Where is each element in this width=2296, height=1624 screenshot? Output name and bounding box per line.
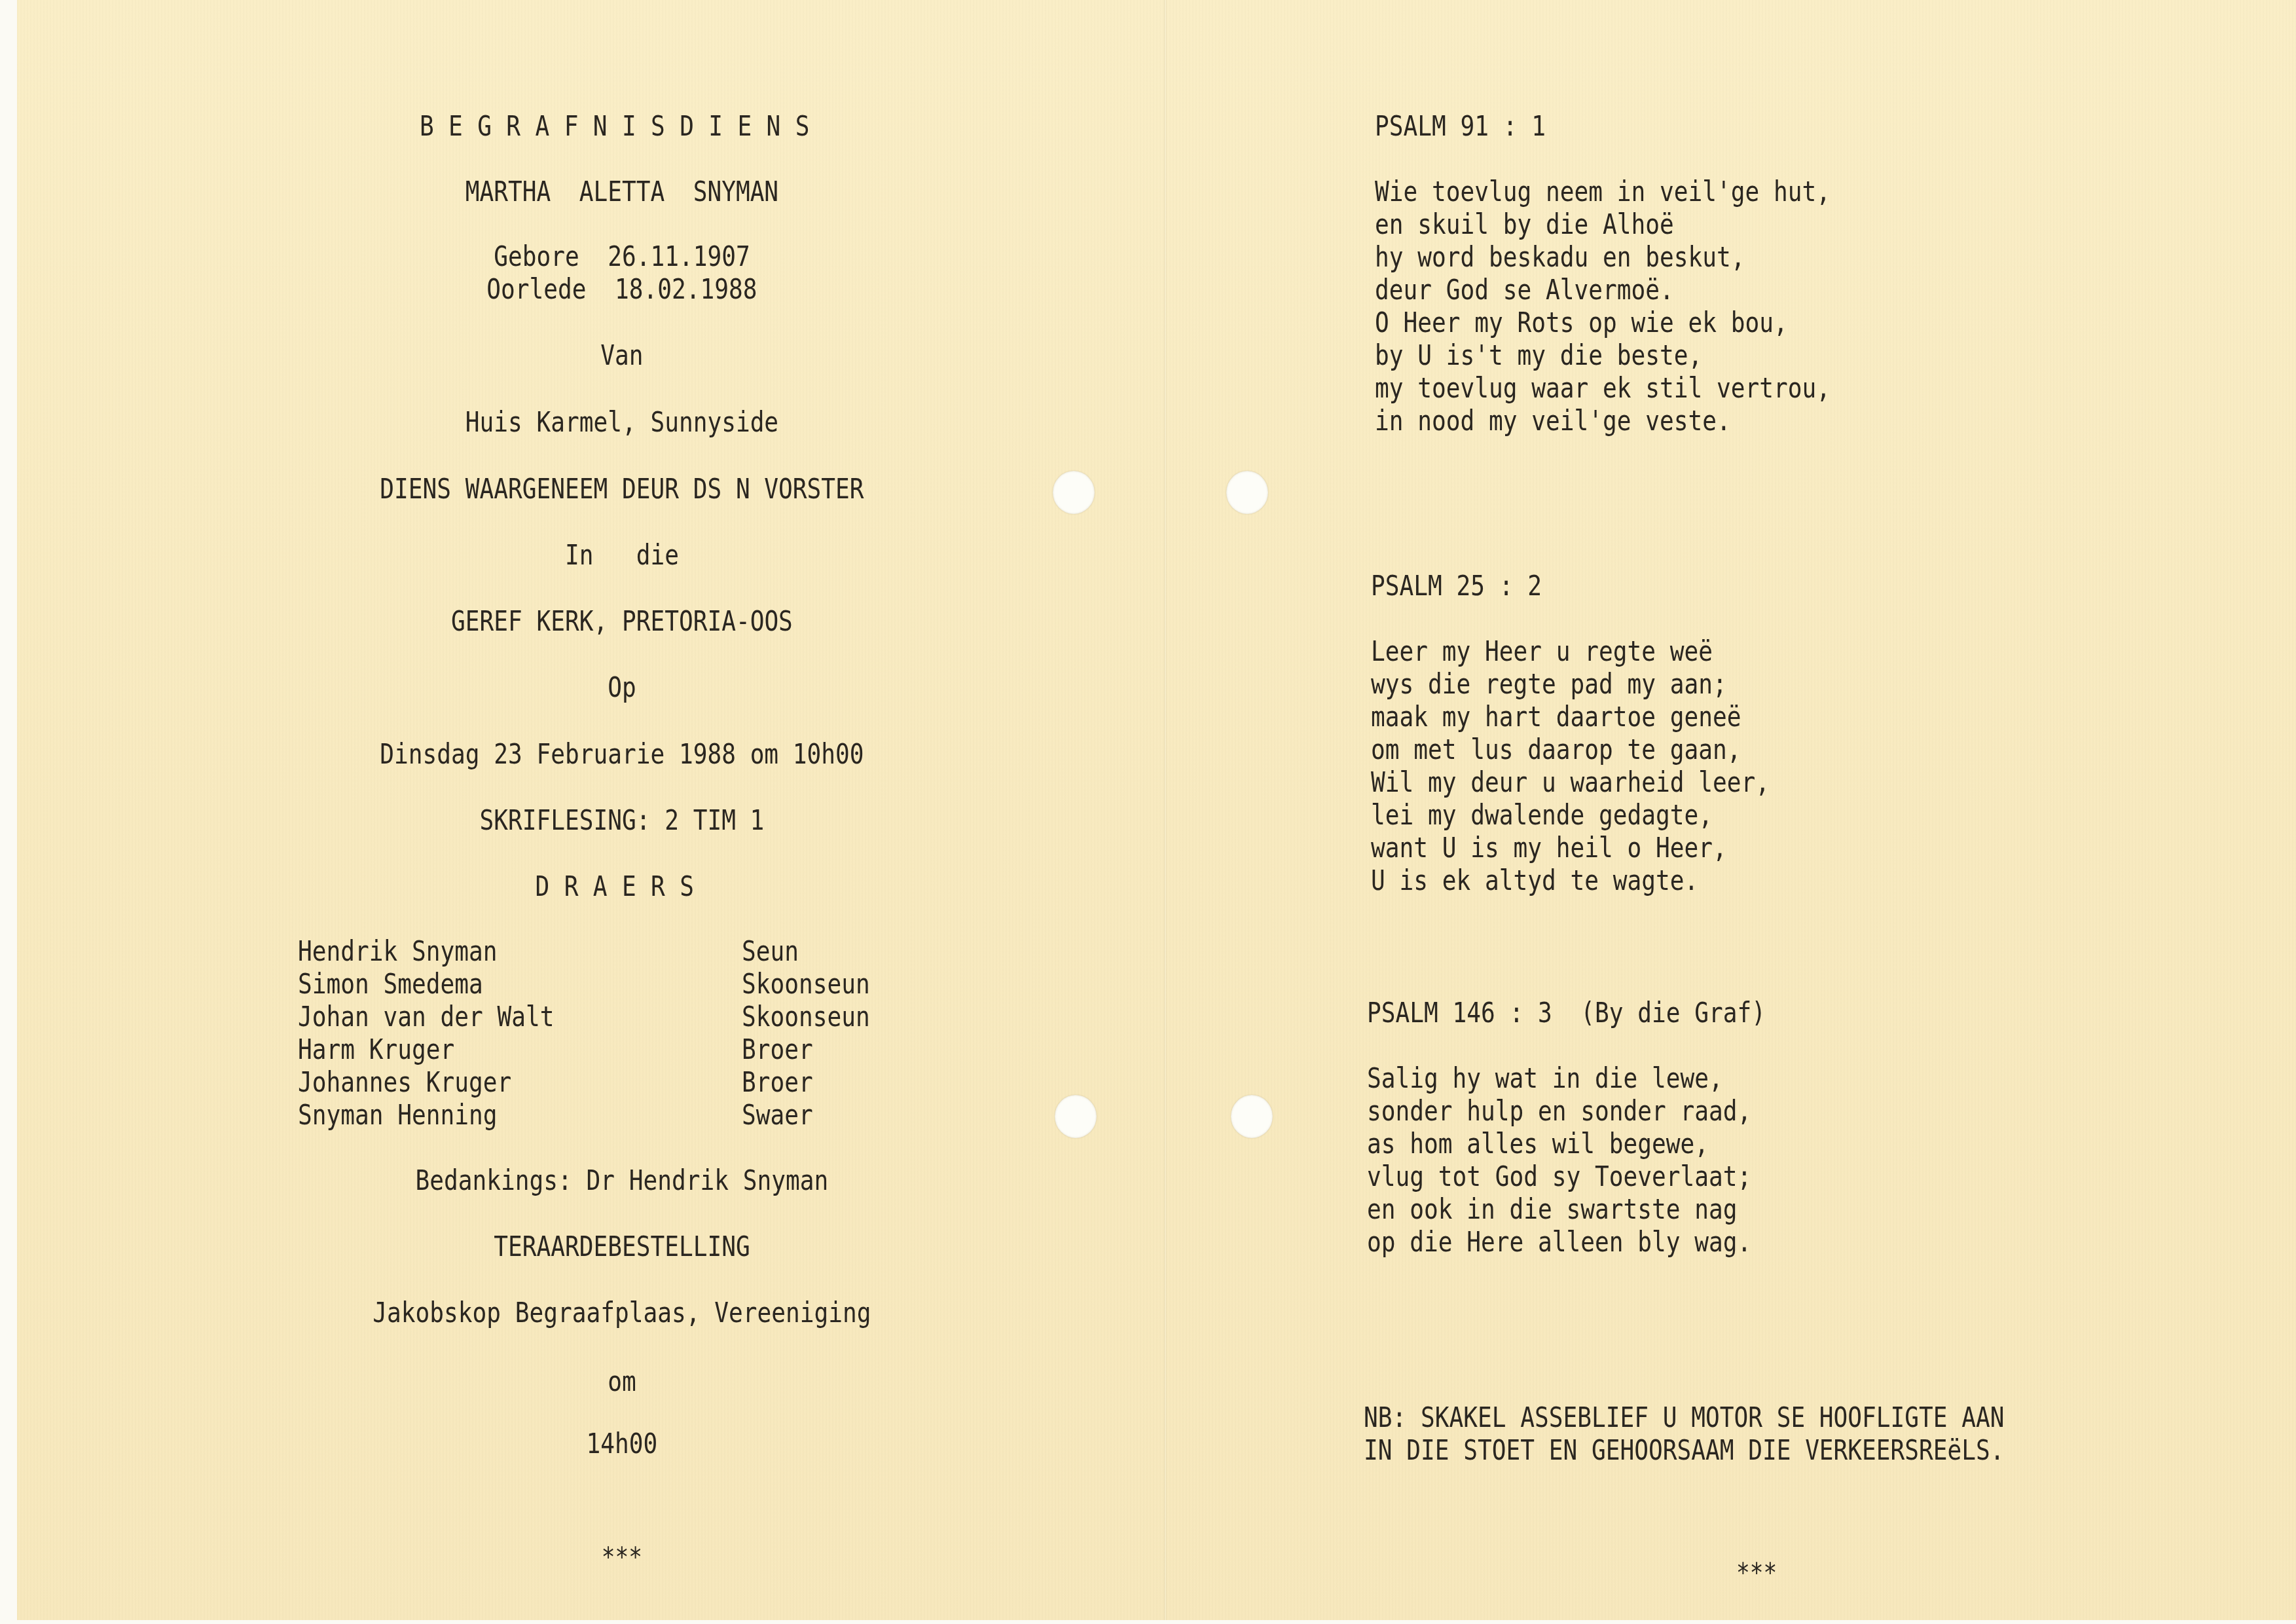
verse-line: hy word beskadu en beskut, bbox=[1375, 241, 1831, 274]
death-date: Oorlede 18.02.1988 bbox=[104, 273, 1140, 306]
at-label: om bbox=[104, 1365, 1140, 1398]
on-label: Op bbox=[104, 671, 1140, 704]
bearer-relation: Swaer bbox=[742, 1099, 813, 1132]
from-place: Huis Karmel, Sunnyside bbox=[104, 406, 1140, 439]
psalm-title: PSALM 25 : 2 bbox=[1371, 570, 1542, 602]
verse-line: wys die regte pad my aan; bbox=[1371, 668, 1770, 701]
verse-line: op die Here alleen bly wag. bbox=[1367, 1226, 1751, 1259]
deceased-name: MARTHA ALETTA SNYMAN bbox=[104, 175, 1140, 208]
verse-line: en ook in die swartste nag bbox=[1367, 1193, 1751, 1226]
verse-line: Leer my Heer u regte weë bbox=[1371, 635, 1770, 668]
verse-line: want U is my heil o Heer, bbox=[1371, 832, 1770, 864]
verse-line: by U is't my die beste, bbox=[1375, 339, 1831, 372]
end-mark: *** bbox=[1736, 1557, 1777, 1590]
service-datetime: Dinsdag 23 Februarie 1988 om 10h00 bbox=[104, 738, 1140, 771]
church-name: GEREF KERK, PRETORIA-OOS bbox=[104, 605, 1140, 638]
verse-line: Salig hy wat in die lewe, bbox=[1367, 1062, 1751, 1095]
punch-hole bbox=[1226, 471, 1268, 514]
thanks-line: Bedankings: Dr Hendrik Snyman bbox=[104, 1164, 1140, 1197]
psalm-title: PSALM 146 : 3 (By die Graf) bbox=[1367, 997, 1766, 1029]
punch-hole bbox=[1231, 1095, 1273, 1138]
from-label: Van bbox=[104, 339, 1140, 372]
bearer-relation: Skoonseun bbox=[742, 1001, 870, 1033]
notice-line: IN DIE STOET EN GEHOORSAAM DIE VERKEERSR… bbox=[1364, 1434, 2005, 1467]
bearer-relation: Seun bbox=[742, 935, 799, 968]
bearer-name: Hendrik Snyman bbox=[298, 935, 497, 968]
notice-line: NB: SKAKEL ASSEBLIEF U MOTOR SE HOOFLIGT… bbox=[1364, 1401, 2005, 1434]
bearer-name: Snyman Henning bbox=[298, 1099, 497, 1132]
verse-line: in nood my veil'ge veste. bbox=[1375, 405, 1831, 437]
verse-line: deur God se Alvermoë. bbox=[1375, 274, 1831, 306]
bearer-name: Harm Kruger bbox=[298, 1033, 454, 1066]
punch-hole bbox=[1055, 1095, 1097, 1138]
verse-line: Wie toevlug neem in veil'ge hut, bbox=[1375, 175, 1831, 208]
burial-heading: TERAARDEBESTELLING bbox=[104, 1230, 1140, 1263]
verse-line: en skuil by die Alhoë bbox=[1375, 208, 1831, 241]
bearer-relation: Broer bbox=[742, 1033, 813, 1066]
bearer-name: Johan van der Walt bbox=[298, 1001, 554, 1033]
end-mark: *** bbox=[104, 1541, 1140, 1574]
center-fold bbox=[1164, 0, 1167, 1620]
verse-line: my toevlug waar ek stil vertrou, bbox=[1375, 372, 1831, 405]
in-label: In die bbox=[104, 539, 1140, 572]
bearer-relation: Skoonseun bbox=[742, 968, 870, 1001]
verse-line: vlug tot God sy Toeverlaat; bbox=[1367, 1160, 1751, 1193]
verse-line: sonder hulp en sonder raad, bbox=[1367, 1095, 1751, 1128]
verse-line: lei my dwalende gedagte, bbox=[1371, 799, 1770, 832]
birth-date: Gebore 26.11.1907 bbox=[104, 240, 1140, 273]
psalm-title: PSALM 91 : 1 bbox=[1375, 110, 1546, 143]
scripture-reading: SKRIFLESING: 2 TIM 1 bbox=[104, 804, 1140, 837]
bearer-relation: Broer bbox=[742, 1066, 813, 1099]
psalm-verse: Salig hy wat in die lewe,sonder hulp en … bbox=[1367, 1062, 1751, 1259]
burial-time: 14h00 bbox=[104, 1428, 1140, 1460]
verse-line: U is ek altyd te wagte. bbox=[1371, 864, 1770, 897]
bearer-name: Simon Smedema bbox=[298, 968, 483, 1001]
verse-line: Wil my deur u waarheid leer, bbox=[1371, 766, 1770, 799]
verse-line: om met lus daarop te gaan, bbox=[1371, 733, 1770, 766]
psalm-verse: Leer my Heer u regte weëwys die regte pa… bbox=[1371, 635, 1770, 897]
verse-line: O Heer my Rots op wie ek bou, bbox=[1375, 306, 1831, 339]
bearer-name: Johannes Kruger bbox=[298, 1066, 511, 1099]
officiant: DIENS WAARGENEEM DEUR DS N VORSTER bbox=[104, 473, 1140, 506]
page-title: BEGRAFNISDIENS bbox=[104, 110, 1140, 143]
bearers-heading: DRAERS bbox=[104, 870, 1140, 903]
burial-place: Jakobskop Begraafplaas, Vereeniging bbox=[104, 1297, 1140, 1329]
verse-line: as hom alles wil begewe, bbox=[1367, 1128, 1751, 1160]
verse-line: maak my hart daartoe geneë bbox=[1371, 701, 1770, 733]
psalm-verse: Wie toevlug neem in veil'ge hut,en skuil… bbox=[1375, 175, 1831, 437]
